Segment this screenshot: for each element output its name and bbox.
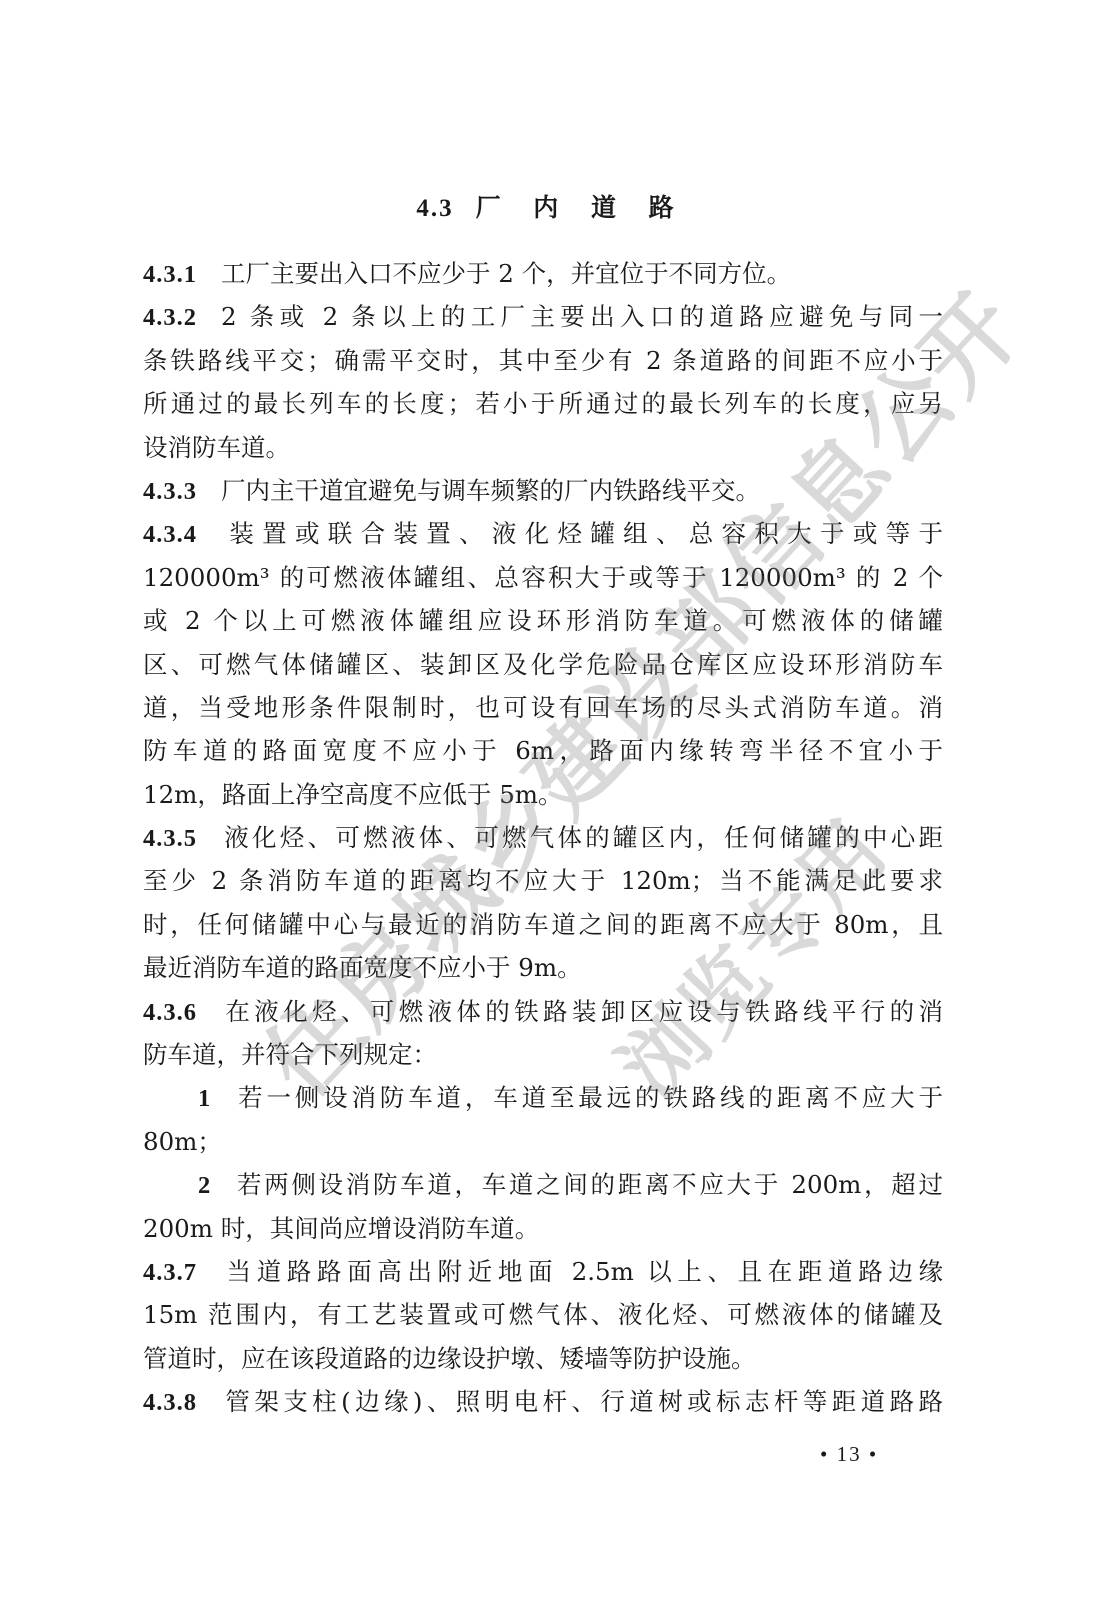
line-text: 12m，路面上净空高度不应低于 5m。 [143, 780, 563, 809]
line-text: 80m； [143, 1127, 222, 1156]
text-line: 至少 2 条消防车道的距离均不应大于 120m；当不能满足此要求 [143, 859, 943, 902]
clause-number: 4.3.3 [143, 470, 197, 513]
section-heading: 4.3厂 内 道 路 [0, 188, 1102, 224]
text-line: 最近消防车道的路面宽度不应小于 9m。 [143, 946, 943, 989]
text-line: 防车道，并符合下列规定： [143, 1033, 943, 1076]
list-item-number: 2 [198, 1164, 210, 1207]
line-text: 管架支柱(边缘)、照明电杆、行道树或标志杆等距道路路 [221, 1387, 943, 1416]
text-line: 15m 范围内，有工艺装置或可燃气体、液化烃、可燃液体的储罐及 [143, 1293, 943, 1336]
section-number: 4.3 [416, 195, 453, 222]
line-text: 区、可燃气体储罐区、装卸区及化学危险品仓库区应设环形消防车 [143, 650, 943, 679]
document-page: 4.3厂 内 道 路 4.3.1工厂主要出入口不应少于 2 个，并宜位于不同方位… [0, 0, 1102, 1598]
line-text: 防车道，并符合下列规定： [143, 1040, 437, 1069]
text-line: 或 2 个以上可燃液体罐组应设环形消防车道。可燃液体的储罐 [143, 599, 943, 642]
line-text: 时，任何储罐中心与最近的消防车道之间的距离不应大于 80m，且 [143, 910, 943, 939]
section-title: 厂 内 道 路 [476, 193, 686, 222]
clause-number: 4.3.2 [143, 296, 197, 339]
line-text: 设消防车道。 [143, 433, 290, 462]
line-text: 120000m³ 的可燃液体罐组、总容积大于或等于 120000m³ 的 2 个 [143, 563, 943, 592]
clause-line: 4.3.5液化烃、可燃液体、可燃气体的罐区内，任何储罐的中心距 [143, 816, 943, 859]
clause-line: 4.3.3厂内主干道宜避免与调车频繁的厂内铁路线平交。 [143, 469, 943, 512]
line-text: 防车道的路面宽度不应小于 6m，路面内缘转弯半径不宜小于 [143, 736, 943, 765]
text-line: 设消防车道。 [143, 426, 943, 469]
clause-number: 4.3.6 [143, 991, 197, 1034]
text-line: 80m； [143, 1120, 943, 1163]
line-text: 若一侧设消防车道，车道至最远的铁路线的距离不应大于 [234, 1083, 943, 1112]
text-line: 所通过的最长列车的长度；若小于所通过的最长列车的长度，应另 [143, 382, 943, 425]
line-text: 若两侧设消防车道，车道之间的距离不应大于 200m，超过 [234, 1170, 943, 1199]
line-text: 管道时，应在该段道路的边缘设护墩、矮墙等防护设施。 [143, 1344, 756, 1373]
clause-line: 4.3.8管架支柱(边缘)、照明电杆、行道树或标志杆等距道路路 [143, 1380, 943, 1423]
line-text: 最近消防车道的路面宽度不应小于 9m。 [143, 953, 582, 982]
text-line: 200m 时，其间尚应增设消防车道。 [143, 1207, 943, 1250]
text-line: 条铁路线平交；确需平交时，其中至少有 2 条道路的间距不应小于 [143, 339, 943, 382]
line-text: 条铁路线平交；确需平交时，其中至少有 2 条道路的间距不应小于 [143, 346, 943, 375]
clause-line: 4.3.6在液化烃、可燃液体的铁路装卸区应设与铁路线平行的消 [143, 990, 943, 1033]
text-line: 管道时，应在该段道路的边缘设护墩、矮墙等防护设施。 [143, 1337, 943, 1380]
clause-number: 4.3.8 [143, 1381, 197, 1424]
line-text: 液化烃、可燃液体、可燃气体的罐区内，任何储罐的中心距 [221, 823, 943, 852]
text-line: 道，当受地形条件限制时，也可设有回车场的尽头式消防车道。消 [143, 686, 943, 729]
clause-line: 4.3.7当道路路面高出附近地面 2.5m 以上、且在距道路边缘 [143, 1250, 943, 1293]
line-text: 厂内主干道宜避免与调车频繁的厂内铁路线平交。 [221, 476, 760, 505]
page-number: • 13 • [820, 1442, 878, 1467]
clause-number: 4.3.4 [143, 513, 197, 556]
clause-line: 4.3.1工厂主要出入口不应少于 2 个，并宜位于不同方位。 [143, 252, 943, 295]
text-line: 时，任何储罐中心与最近的消防车道之间的距离不应大于 80m，且 [143, 903, 943, 946]
line-text: 工厂主要出入口不应少于 2 个，并宜位于不同方位。 [221, 259, 791, 288]
line-text: 至少 2 条消防车道的距离均不应大于 120m；当不能满足此要求 [143, 866, 943, 895]
line-text: 道，当受地形条件限制时，也可设有回车场的尽头式消防车道。消 [143, 693, 943, 722]
line-text: 当道路路面高出附近地面 2.5m 以上、且在距道路边缘 [221, 1257, 943, 1286]
document-body: 4.3.1工厂主要出入口不应少于 2 个，并宜位于不同方位。4.3.22 条或 … [143, 252, 943, 1424]
list-item-line: 1若一侧设消防车道，车道至最远的铁路线的距离不应大于 [143, 1076, 943, 1119]
line-text: 在液化烃、可燃液体的铁路装卸区应设与铁路线平行的消 [221, 997, 943, 1026]
line-text: 2 条或 2 条以上的工厂主要出入口的道路应避免与同一 [221, 302, 943, 331]
text-line: 120000m³ 的可燃液体罐组、总容积大于或等于 120000m³ 的 2 个 [143, 556, 943, 599]
list-item-number: 1 [198, 1077, 210, 1120]
line-text: 200m 时，其间尚应增设消防车道。 [143, 1214, 539, 1243]
text-line: 防车道的路面宽度不应小于 6m，路面内缘转弯半径不宜小于 [143, 729, 943, 772]
text-line: 区、可燃气体储罐区、装卸区及化学危险品仓库区应设环形消防车 [143, 643, 943, 686]
line-text: 所通过的最长列车的长度；若小于所通过的最长列车的长度，应另 [143, 389, 943, 418]
clause-number: 4.3.5 [143, 817, 197, 860]
clause-line: 4.3.4装置或联合装置、液化烃罐组、总容积大于或等于 [143, 512, 943, 555]
clause-number: 4.3.1 [143, 253, 197, 296]
text-line: 12m，路面上净空高度不应低于 5m。 [143, 773, 943, 816]
clause-number: 4.3.7 [143, 1251, 197, 1294]
list-item-line: 2若两侧设消防车道，车道之间的距离不应大于 200m，超过 [143, 1163, 943, 1206]
line-text: 装置或联合装置、液化烃罐组、总容积大于或等于 [221, 519, 943, 548]
clause-line: 4.3.22 条或 2 条以上的工厂主要出入口的道路应避免与同一 [143, 295, 943, 338]
line-text: 15m 范围内，有工艺装置或可燃气体、液化烃、可燃液体的储罐及 [143, 1300, 943, 1329]
line-text: 或 2 个以上可燃液体罐组应设环形消防车道。可燃液体的储罐 [143, 606, 943, 635]
